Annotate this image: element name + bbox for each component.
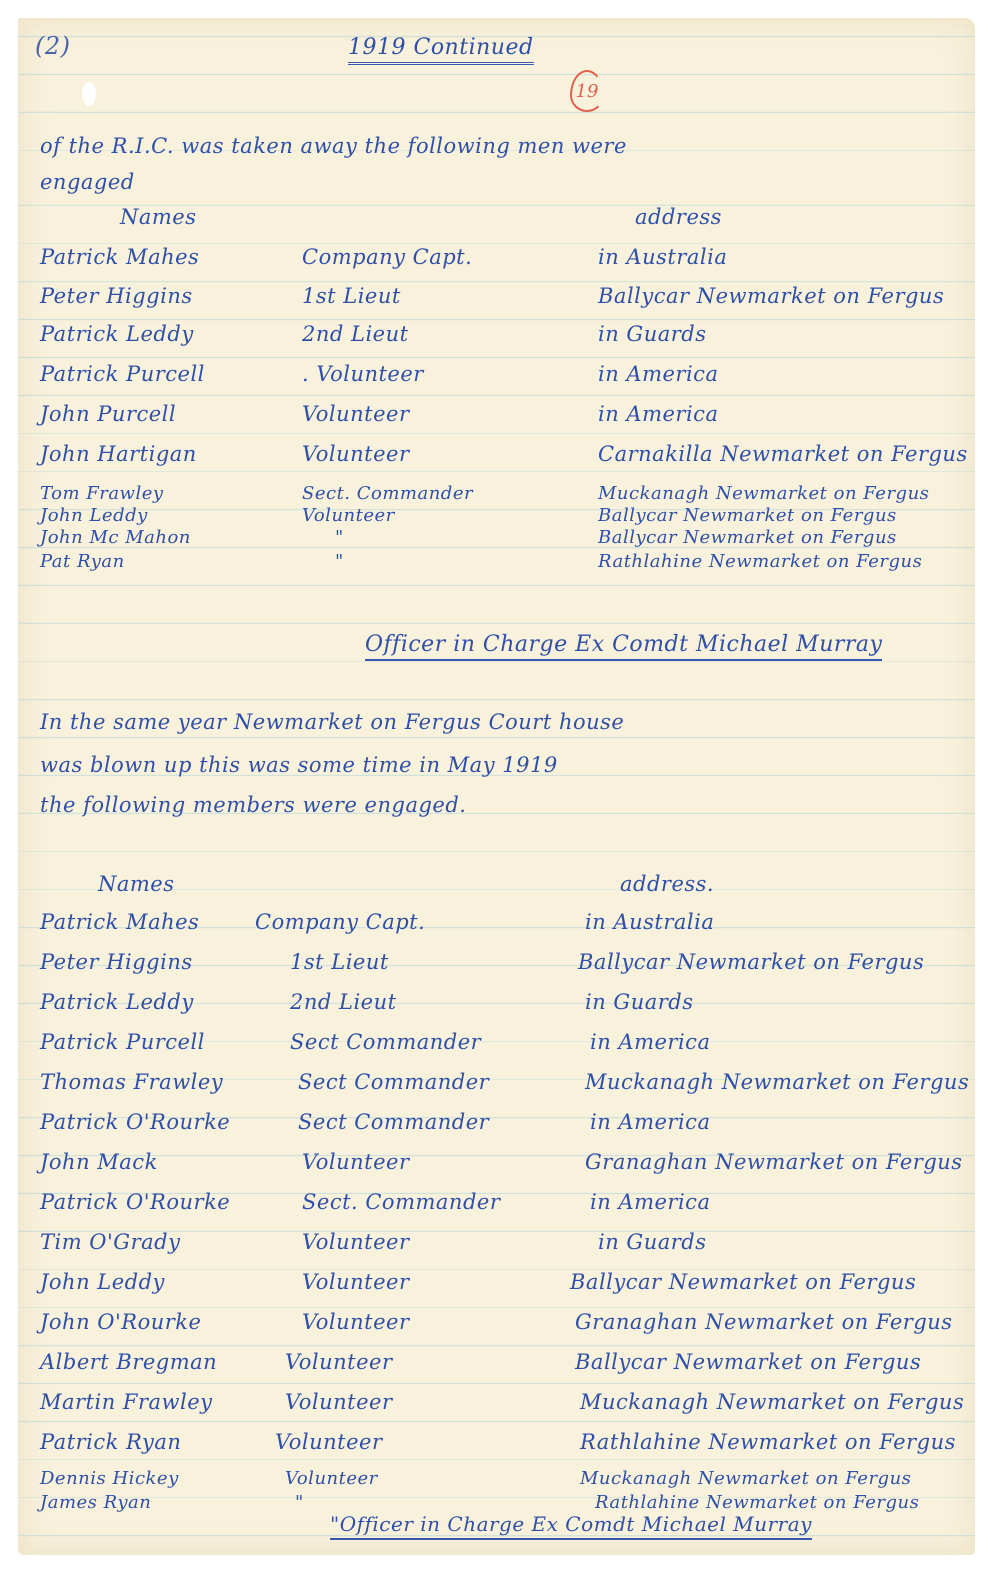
folio-stamp: 19	[570, 70, 604, 112]
table-row: John Leddy Volunteer Ballycar Newmarket …	[0, 1270, 1000, 1306]
member-name: John O'Rourke	[40, 1310, 201, 1334]
member-rank: Volunteer	[275, 1430, 382, 1454]
member-address: in America	[590, 1110, 710, 1134]
member-name: Patrick Mahes	[40, 910, 199, 934]
member-address: Rathlahine Newmarket on Fergus	[580, 1430, 956, 1454]
member-name: Patrick Purcell	[40, 362, 205, 386]
member-rank: Volunteer	[285, 1390, 392, 1414]
member-rank: Volunteer	[302, 1310, 409, 1334]
member-name: Patrick Ryan	[40, 1430, 181, 1454]
member-address: Ballycar Newmarket on Fergus	[578, 950, 924, 974]
member-address: in Australia	[585, 910, 714, 934]
table-row: John Purcell Volunteer in America	[0, 402, 1000, 438]
punch-hole	[82, 82, 96, 106]
member-address: Granaghan Newmarket on Fergus	[575, 1310, 953, 1334]
member-name: Patrick O'Rourke	[40, 1190, 230, 1214]
table-row: Albert Bregman Volunteer Ballycar Newmar…	[0, 1350, 1000, 1386]
table-row: Tim O'Grady Volunteer in Guards	[0, 1230, 1000, 1266]
member-rank: "	[295, 1492, 304, 1513]
member-name: Tim O'Grady	[40, 1230, 180, 1254]
member-rank: Company Capt.	[302, 245, 472, 269]
table-row: Patrick Purcell Sect Commander in Americ…	[0, 1030, 1000, 1066]
member-address: Carnakilla Newmarket on Fergus	[598, 442, 968, 466]
table-row: Pat Ryan " Rathlahine Newmarket on Fergu…	[0, 551, 1000, 587]
table-row: Patrick Mahes Company Capt. in Australia	[0, 910, 1000, 946]
member-address: Muckanagh Newmarket on Fergus	[580, 1468, 911, 1489]
member-rank: Sect. Commander	[302, 483, 473, 504]
member-name: Patrick Purcell	[40, 1030, 205, 1054]
paragraph-line-3: the following members were engaged.	[40, 793, 466, 817]
names-header: Names	[98, 872, 175, 896]
member-name: Patrick Leddy	[40, 990, 194, 1014]
member-name: James Ryan	[40, 1492, 151, 1513]
address-header: address.	[620, 872, 714, 896]
member-name: Dennis Hickey	[40, 1468, 179, 1489]
member-name: Thomas Frawley	[40, 1070, 223, 1094]
paragraph-line-2: was blown up this was some time in May 1…	[40, 753, 558, 777]
member-rank: Volunteer	[302, 1270, 409, 1294]
table-row: Peter Higgins 1st Lieut Ballycar Newmark…	[0, 284, 1000, 320]
member-rank: 1st Lieut	[290, 950, 389, 974]
member-rank: 1st Lieut	[302, 284, 401, 308]
member-address: Ballycar Newmarket on Fergus	[598, 505, 897, 526]
member-name: Martin Frawley	[40, 1390, 213, 1414]
member-name: Patrick O'Rourke	[40, 1110, 230, 1134]
member-name: John Purcell	[40, 402, 176, 426]
member-name: John Mack	[40, 1150, 158, 1174]
member-address: in America	[598, 402, 718, 426]
member-address: in America	[590, 1190, 710, 1214]
table-row: Thomas Frawley Sect Commander Muckanagh …	[0, 1070, 1000, 1106]
member-rank: 2nd Lieut	[290, 990, 397, 1014]
member-name: John Mc Mahon	[40, 527, 191, 548]
member-rank: Sect. Commander	[302, 1190, 500, 1214]
member-address: Ballycar Newmarket on Fergus	[598, 527, 897, 548]
member-address: in Australia	[598, 245, 727, 269]
member-rank: Volunteer	[302, 402, 409, 426]
member-rank: Company Capt.	[255, 910, 425, 934]
page-number: (2)	[35, 32, 71, 60]
table-row: John Hartigan Volunteer Carnakilla Newma…	[0, 442, 1000, 478]
member-rank: Volunteer	[302, 505, 395, 526]
member-address: Granaghan Newmarket on Fergus	[585, 1150, 963, 1174]
paragraph-line-1: In the same year Newmarket on Fergus Cou…	[40, 710, 624, 734]
member-rank: Sect Commander	[290, 1030, 481, 1054]
member-name: John Hartigan	[40, 442, 197, 466]
member-name: Albert Bregman	[40, 1350, 217, 1374]
member-rank: Volunteer	[302, 1230, 409, 1254]
member-address: in Guards	[598, 322, 707, 346]
member-address: Muckanagh Newmarket on Fergus	[598, 483, 929, 504]
names-header: Names	[120, 205, 197, 229]
member-name: John Leddy	[40, 505, 148, 526]
officer-in-charge-line: "Officer in Charge Ex Comdt Michael Murr…	[330, 1512, 812, 1540]
officer-in-charge-line: Officer in Charge Ex Comdt Michael Murra…	[365, 632, 882, 661]
member-address: in America	[590, 1030, 710, 1054]
member-address: Muckanagh Newmarket on Fergus	[585, 1070, 969, 1094]
table-row: Peter Higgins 1st Lieut Ballycar Newmark…	[0, 950, 1000, 986]
table-row: Martin Frawley Volunteer Muckanagh Newma…	[0, 1390, 1000, 1426]
member-rank: 2nd Lieut	[302, 322, 409, 346]
intro-line-1: of the R.I.C. was taken away the followi…	[40, 134, 627, 158]
intro-line-2: engaged	[40, 170, 135, 194]
member-rank: Volunteer	[302, 1150, 409, 1174]
member-name: Pat Ryan	[40, 551, 125, 572]
table-row: John O'Rourke Volunteer Granaghan Newmar…	[0, 1310, 1000, 1346]
table-row: Patrick Ryan Volunteer Rathlahine Newmar…	[0, 1430, 1000, 1466]
member-name: Peter Higgins	[40, 284, 193, 308]
member-name: Peter Higgins	[40, 950, 193, 974]
member-name: Patrick Leddy	[40, 322, 194, 346]
member-rank: . Volunteer	[302, 362, 424, 386]
member-name: Patrick Mahes	[40, 245, 199, 269]
page-title: 1919 Continued	[348, 35, 534, 65]
member-rank: Volunteer	[285, 1350, 392, 1374]
member-address: Ballycar Newmarket on Fergus	[570, 1270, 916, 1294]
member-rank: "	[335, 551, 344, 572]
member-rank: Sect Commander	[298, 1070, 489, 1094]
table-row: Patrick O'Rourke Sect. Commander in Amer…	[0, 1190, 1000, 1226]
member-address: Ballycar Newmarket on Fergus	[598, 284, 944, 308]
member-rank: Volunteer	[285, 1468, 378, 1489]
table-row: Patrick Leddy 2nd Lieut in Guards	[0, 322, 1000, 358]
member-address: Rathlahine Newmarket on Fergus	[598, 551, 922, 572]
member-address: Ballycar Newmarket on Fergus	[575, 1350, 921, 1374]
table-row: Patrick Purcell . Volunteer in America	[0, 362, 1000, 398]
member-rank: Sect Commander	[298, 1110, 489, 1134]
table-row: John Mack Volunteer Granaghan Newmarket …	[0, 1150, 1000, 1186]
member-rank: Volunteer	[302, 442, 409, 466]
table-row: Patrick Mahes Company Capt. in Australia	[0, 245, 1000, 281]
member-name: Tom Frawley	[40, 483, 164, 504]
member-address: Muckanagh Newmarket on Fergus	[580, 1390, 964, 1414]
address-header: address	[635, 205, 722, 229]
table-row: Patrick O'Rourke Sect Commander in Ameri…	[0, 1110, 1000, 1146]
member-rank: "	[335, 527, 344, 548]
member-address: in Guards	[585, 990, 694, 1014]
table-row: Patrick Leddy 2nd Lieut in Guards	[0, 990, 1000, 1026]
member-address: in Guards	[598, 1230, 707, 1254]
member-address: in America	[598, 362, 718, 386]
member-address: Rathlahine Newmarket on Fergus	[595, 1492, 919, 1513]
member-name: John Leddy	[40, 1270, 165, 1294]
